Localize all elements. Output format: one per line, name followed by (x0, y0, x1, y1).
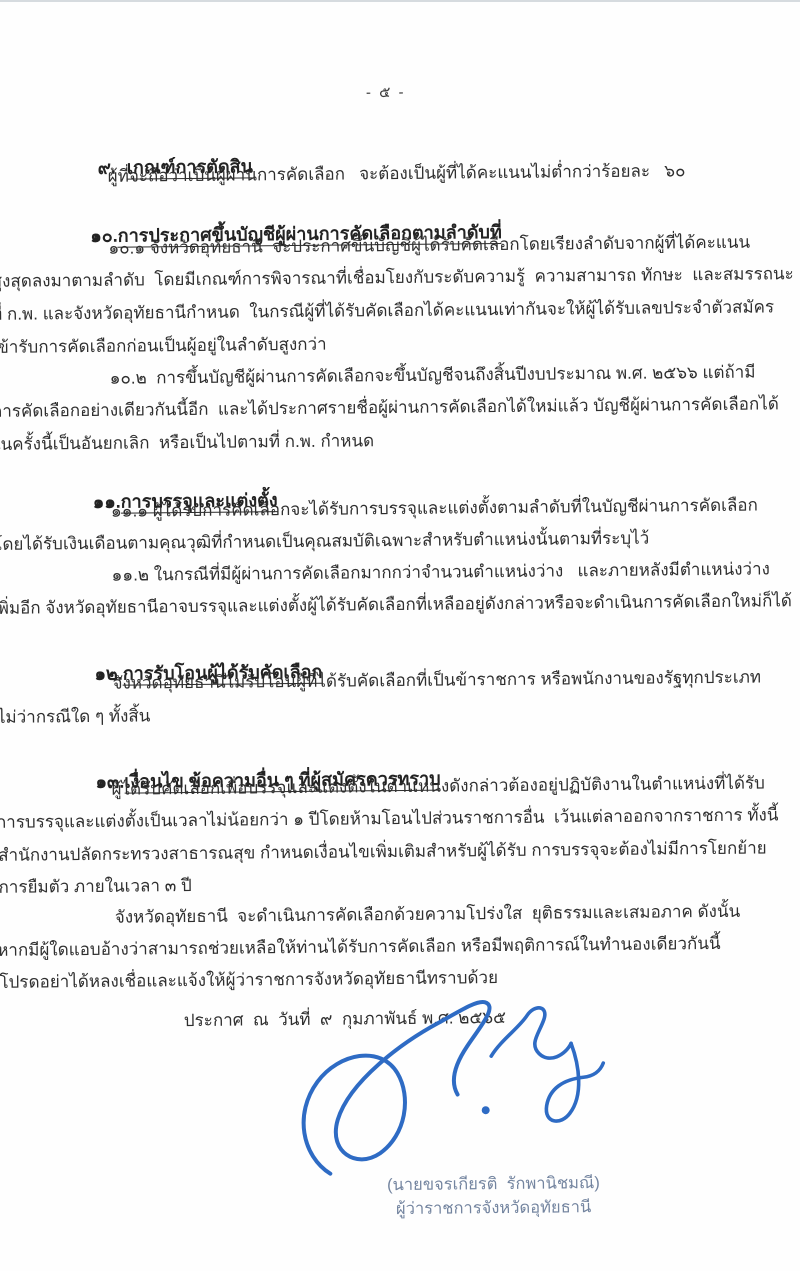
section-13-line-6: หากมีผู้ใดแอบอ้างว่าสามารถช่วยเหลือให้ท่… (0, 931, 721, 964)
section-13-line-7: โปรดอย่าได้หลงเชื่อและแจ้งให้ผู้ว่าราชกา… (0, 965, 498, 996)
signature (299, 993, 611, 1191)
section-10-line-3: ที่ ก.พ. และจังหวัดอุทัยธานีกำหนด ในกรณี… (0, 294, 774, 328)
section-13-line-3: สำนักงานปลัดกระทรวงสาธารณสุข กำหนดเงื่อน… (0, 835, 767, 868)
section-10-line-7: ในครั้งนี้เป็นอันยกเลิก หรือเป็นไปตามที่… (0, 428, 374, 458)
section-10-line-4: เข้ารับการคัดเลือกก่อนเป็นผู้อยู่ในลำดับ… (0, 332, 327, 361)
section-11-line-2: โดยได้รับเงินเดือนตามคุณวุฒิที่กำหนดเป็น… (0, 526, 649, 558)
signer-title: ผู้ว่าราชการจังหวัดอุทัยธานี (324, 1193, 664, 1222)
section-11-line-4: เพิ่มอีก จังหวัดอุทัยธานีอาจบรรจุและแต่ง… (0, 588, 792, 622)
section-11-line-3: ๑๑.๒ ในกรณีที่มีผู้ผ่านการคัดเลือกมากกว่… (111, 556, 770, 588)
section-13-line-5: จังหวัดอุทัยธานี จะดำเนินการคัดเลือกด้วย… (115, 899, 741, 931)
section-10-line-1: ๑๐.๑ จังหวัดอุทัยธานี จะประกาศขึ้นบัญชีผ… (108, 230, 750, 262)
section-11-line-1: ๑๑.๑ ผู้ได้รับการคัดเลือกจะได้รับการบรรจ… (111, 493, 758, 525)
section-9-line-1: ผู้ที่จะถือว่าเป็นผู้ผ่านการคัดเลือก จะต… (108, 158, 686, 190)
section-13-line-4: การยืมตัว ภายในเวลา ๓ ปี (0, 873, 192, 901)
page-number: - ๕ - (366, 80, 406, 106)
section-10-line-6: การคัดเลือกอย่างเดียวกันนี้อีก และได้ประ… (0, 391, 779, 425)
section-13-line-1: ผู้ได้รับคัดเลือกเพื่อบรรจุและแต่งตั้งใน… (111, 771, 765, 803)
section-12-line-2: ไม่ว่ากรณีใด ๆ ทั้งสิ้น (0, 703, 151, 730)
document-content: - ๕ - ๙.เกณฑ์การตัดสิน ผู้ที่จะถือว่าเป็… (0, 0, 800, 1271)
scanned-document-page: - ๕ - ๙.เกณฑ์การตัดสิน ผู้ที่จะถือว่าเป็… (0, 0, 800, 1271)
section-12-line-1: จังหวัดอุทัยธานีไม่รับโอนผู้ที่ได้รับคัด… (112, 665, 761, 697)
section-10-line-5: ๑๐.๒ การขึ้นบัญชีผู้ผ่านการคัดเลือกจะขึ้… (110, 360, 756, 392)
